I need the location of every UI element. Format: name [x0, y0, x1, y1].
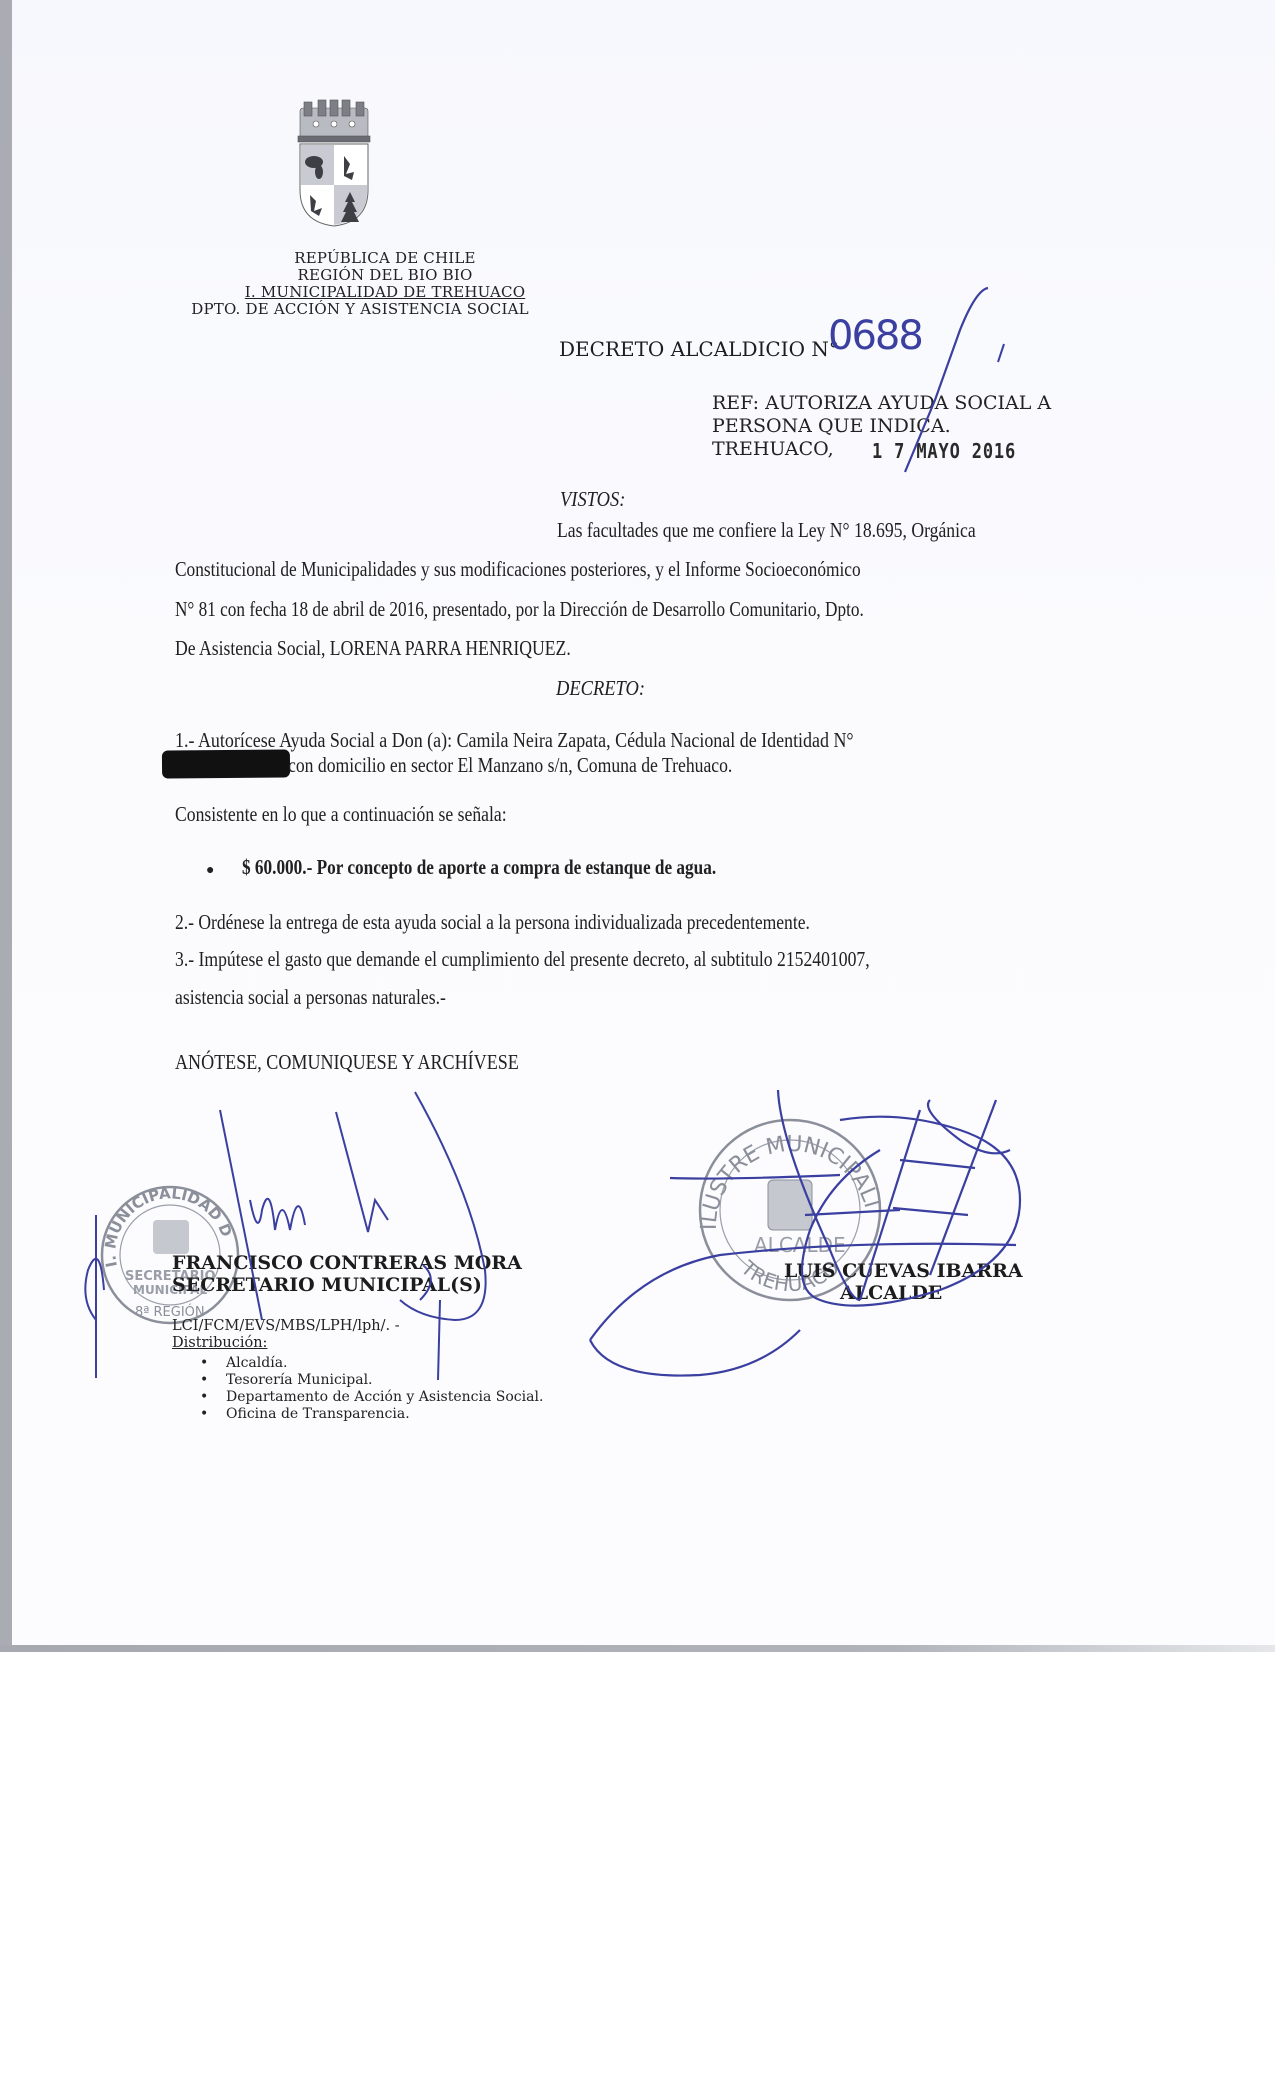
- distribution-list: Alcaldía. Tesorería Municipal. Departame…: [190, 1355, 543, 1423]
- distribution-item: Tesorería Municipal.: [190, 1372, 543, 1389]
- mayor-signature-stroke: [590, 1090, 1020, 1376]
- distribution-item: Departamento de Acción y Asistencia Soci…: [190, 1389, 543, 1406]
- handwritten-signatures: [0, 0, 1275, 2100]
- distribution-label: Distribución:: [172, 1335, 267, 1352]
- distribution-item: Oficina de Transparencia.: [190, 1406, 543, 1423]
- distribution-item: Alcaldía.: [190, 1355, 543, 1372]
- secretary-signature-stroke: [85, 1092, 485, 1380]
- initials-line: LCI/FCM/EVS/MBS/LPH/lph/. -: [172, 1318, 400, 1335]
